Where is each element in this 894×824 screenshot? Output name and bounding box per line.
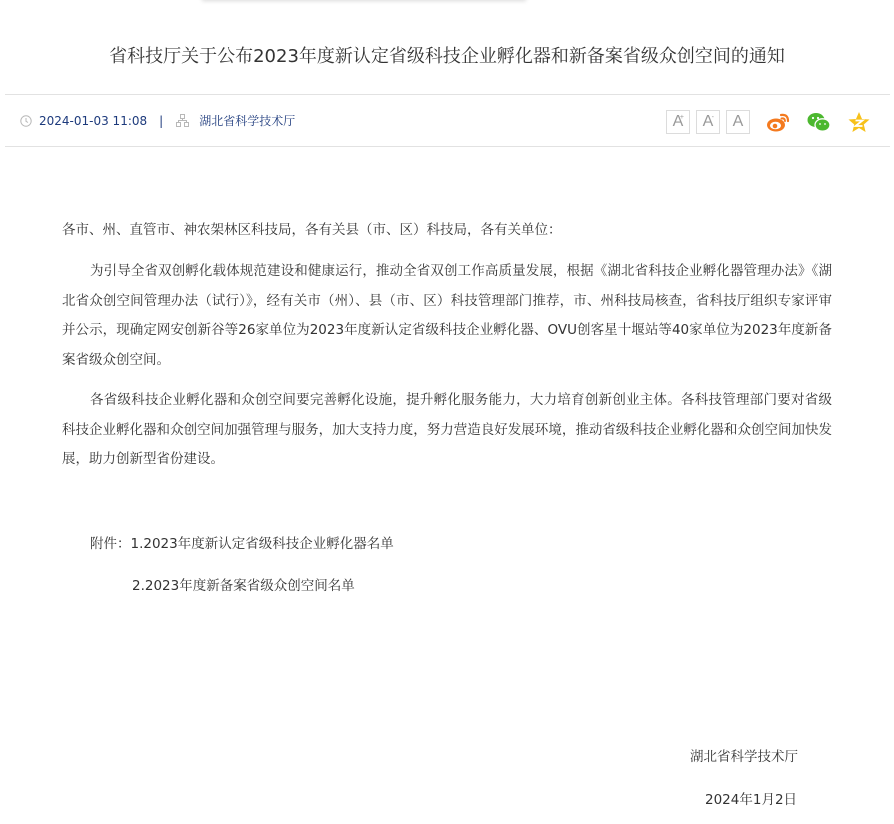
signature-organization: 湖北省科学技术厅 [690, 742, 798, 772]
qzone-icon [847, 111, 871, 133]
font-reset-button[interactable]: A [726, 110, 750, 134]
article-toolbar: A+ A- A [660, 95, 872, 148]
page-title: 省科技厅关于公布2023年度新认定省级科技企业孵化器和新备案省级众创空间的通知 [109, 42, 785, 68]
organization-icon [176, 114, 189, 127]
publish-datetime: 2024-01-03 11:08 [39, 114, 147, 128]
signature-date: 2024年1月2日 [705, 785, 797, 815]
meta-info: 2024-01-03 11:08 | 湖北省科学技术厅 [5, 112, 295, 129]
share-wechat-button[interactable] [806, 110, 832, 134]
attachment-link-1[interactable]: 1.2023年度新认定省级科技企业孵化器名单 [131, 536, 394, 552]
minus-sup: - [712, 114, 714, 121]
article-meta-bar: 2024-01-03 11:08 | 湖北省科学技术厅 A+ A- A [5, 94, 890, 147]
attachments-label: 附件： [90, 536, 131, 552]
plus-sup: + [680, 114, 684, 121]
title-area: 省科技厅关于公布2023年度新认定省级科技企业孵化器和新备案省级众创空间的通知 [0, 0, 894, 95]
salutation: 各市、州、直管市、神农架林区科技局，各有关县（市、区）科技局，各有关单位： [62, 215, 562, 245]
clock-icon [20, 115, 32, 127]
wechat-icon [806, 111, 832, 133]
meta-separator: | [159, 114, 163, 128]
share-weibo-button[interactable] [766, 110, 792, 134]
source-organization: 湖北省科学技术厅 [199, 112, 295, 129]
font-increase-button[interactable]: A+ [666, 110, 690, 134]
attachments: 附件：1.2023年度新认定省级科技企业孵化器名单 [90, 529, 394, 559]
attachment-link-2[interactable]: 2.2023年度新备案省级众创空间名单 [132, 578, 355, 594]
font-decrease-button[interactable]: A- [696, 110, 720, 134]
body-paragraph: 为引导全省双创孵化载体规范建设和健康运行，推动全省双创工作高质量发展，根据《湖北… [62, 257, 832, 375]
attachment-item-2: 2.2023年度新备案省级众创空间名单 [132, 571, 355, 601]
weibo-icon [766, 111, 792, 133]
font-reset-label: A [733, 113, 744, 131]
share-qzone-button[interactable] [846, 110, 872, 134]
body-paragraph: 各省级科技企业孵化器和众创空间要完善孵化设施，提升孵化服务能力，大力培育创新创业… [62, 386, 832, 475]
